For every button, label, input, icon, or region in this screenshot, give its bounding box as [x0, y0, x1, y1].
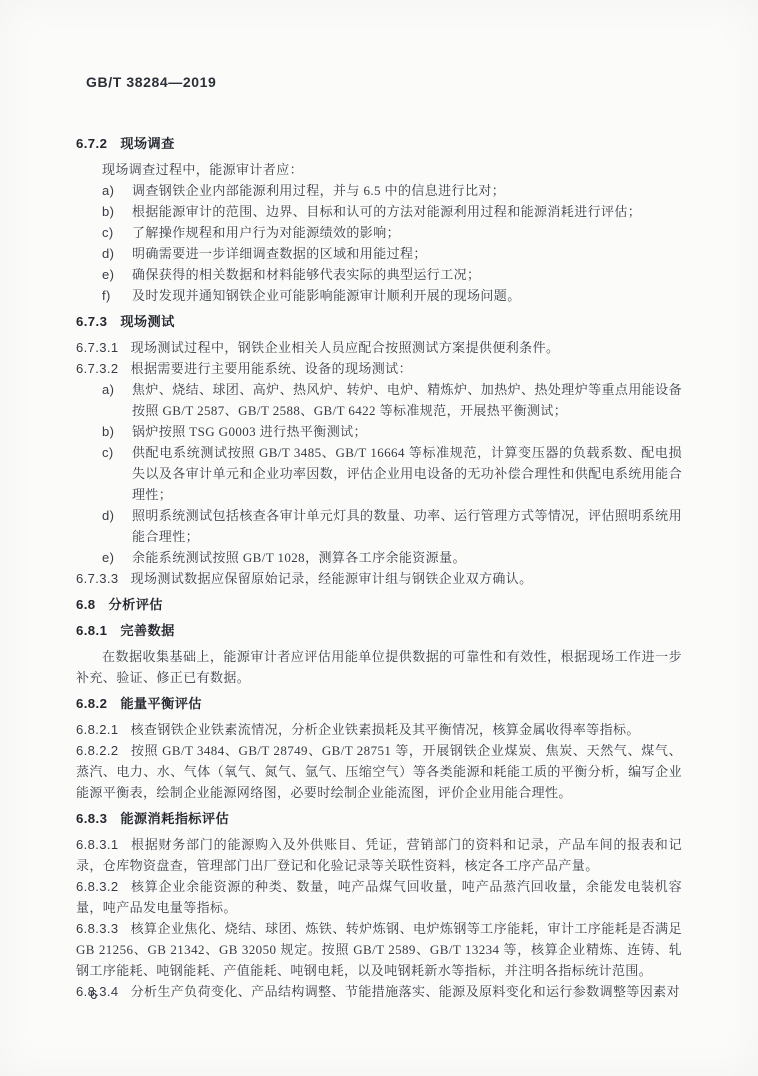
numbered-paragraph-6-8-3-1: 6.8.3.1根据财务部门的能源购入及外供账目、凭证，营销部门的资料和记录，产品… — [76, 834, 682, 876]
list-item: c) 供配电系统测试按照 GB/T 3485、GB/T 16664 等标准规范，… — [76, 442, 682, 505]
list-item: d) 照明系统测试包括核查各审计单元灯具的数量、功率、运行管理方式等情况，评估照… — [76, 505, 682, 547]
section-title: 现场调查 — [120, 136, 174, 151]
list-item-label: c) — [102, 442, 132, 505]
numbered-paragraph-6-8-2-2: 6.8.2.2按照 GB/T 3484、GB/T 28749、GB/T 2875… — [76, 740, 682, 803]
lettered-list: a) 调查钢铁企业内部能源利用过程，并与 6.5 中的信息进行比对； b) 根据… — [76, 180, 682, 306]
list-item-label: b) — [102, 201, 132, 222]
section-number: 6.8 — [76, 597, 109, 612]
list-item-text: 明确需要进一步详细调查数据的区域和用能过程； — [132, 243, 682, 264]
list-item: b) 锅炉按照 TSG G0003 进行热平衡测试； — [76, 421, 682, 442]
clause-text: 根据需要进行主要用能系统、设备的现场测试： — [131, 361, 412, 376]
list-item-text: 及时发现并通知钢铁企业可能影响能源审计顺利开展的现场问题。 — [132, 285, 682, 306]
clause-text: 根据财务部门的能源购入及外供账目、凭证，营销部门的资料和记录，产品车间的报表和记… — [76, 837, 682, 873]
list-item: b) 根据能源审计的范围、边界、目标和认可的方法对能源利用过程和能源消耗进行评估… — [76, 201, 682, 222]
numbered-paragraph-6-8-3-4: 6.8.3.4分析生产负荷变化、产品结构调整、节能措施落实、能源及原料变化和运行… — [76, 981, 682, 1002]
numbered-paragraph-6-7-3-2: 6.7.3.2根据需要进行主要用能系统、设备的现场测试： — [76, 358, 682, 379]
document-page: GB/T 38284—2019 6.7.2现场调查 现场调查过程中，能源审计者应… — [0, 0, 758, 1076]
list-item: e) 确保获得的相关数据和材料能够代表实际的典型运行工况； — [76, 264, 682, 285]
clause-number: 6.7.3.1 — [76, 340, 131, 355]
paragraph: 现场调查过程中，能源审计者应： — [76, 159, 682, 180]
numbered-paragraph-6-7-3-1: 6.7.3.1现场测试过程中，钢铁企业相关人员应配合按照测试方案提供便利条件。 — [76, 337, 682, 358]
section-number: 6.8.3 — [76, 811, 120, 826]
section-heading-6-8-1: 6.8.1完善数据 — [76, 620, 682, 641]
clause-number: 6.8.3.3 — [76, 921, 131, 936]
section-title: 能源消耗指标评估 — [120, 811, 229, 826]
lettered-list: a) 焦炉、烧结、球团、高炉、热风炉、转炉、电炉、精炼炉、加热炉、热处理炉等重点… — [76, 379, 682, 568]
clause-number: 6.7.3.2 — [76, 361, 131, 376]
list-item-text: 余能系统测试按照 GB/T 1028，测算各工序余能资源量。 — [132, 547, 682, 568]
numbered-paragraph-6-8-2-1: 6.8.2.1核查钢铁企业铁素流情况，分析企业铁素损耗及其平衡情况，核算金属收得… — [76, 719, 682, 740]
list-item-label: a) — [102, 180, 132, 201]
list-item: f) 及时发现并通知钢铁企业可能影响能源审计顺利开展的现场问题。 — [76, 285, 682, 306]
list-item-label: d) — [102, 505, 132, 547]
clause-text: 现场测试过程中，钢铁企业相关人员应配合按照测试方案提供便利条件。 — [131, 340, 560, 355]
clause-number: 6.8.2.1 — [76, 722, 131, 737]
list-item-text: 了解操作规程和用户行为对能源绩效的影响； — [132, 222, 682, 243]
page-number: 6 — [90, 987, 97, 1002]
list-item: c) 了解操作规程和用户行为对能源绩效的影响； — [76, 222, 682, 243]
clause-number: 6.8.3.4 — [76, 984, 131, 999]
clause-text: 核算企业焦化、烧结、球团、炼铁、转炉炼钢、电炉炼钢等工序能耗，审计工序能耗是否满… — [76, 921, 682, 978]
section-number: 6.7.3 — [76, 314, 120, 329]
section-number: 6.8.1 — [76, 623, 120, 638]
clause-text: 核查钢铁企业铁素流情况，分析企业铁素损耗及其平衡情况，核算金属收得率等指标。 — [131, 722, 640, 737]
numbered-paragraph-6-8-3-2: 6.8.3.2核算企业余能资源的种类、数量，吨产品煤气回收量，吨产品蒸汽回收量，… — [76, 876, 682, 918]
list-item-label: e) — [102, 547, 132, 568]
document-content: 6.7.2现场调查 现场调查过程中，能源审计者应： a) 调查钢铁企业内部能源利… — [76, 128, 682, 1002]
list-item-text: 焦炉、烧结、球团、高炉、热风炉、转炉、电炉、精炼炉、加热炉、热处理炉等重点用能设… — [132, 379, 682, 421]
section-title: 分析评估 — [109, 597, 163, 612]
list-item: a) 调查钢铁企业内部能源利用过程，并与 6.5 中的信息进行比对； — [76, 180, 682, 201]
clause-number: 6.8.3.2 — [76, 879, 131, 894]
list-item-label: e) — [102, 264, 132, 285]
standard-number: GB/T 38284—2019 — [86, 74, 216, 90]
section-heading-6-8-3: 6.8.3能源消耗指标评估 — [76, 808, 682, 829]
clause-text: 按照 GB/T 3484、GB/T 28749、GB/T 28751 等，开展钢… — [76, 743, 682, 800]
section-title: 现场测试 — [120, 314, 174, 329]
numbered-paragraph-6-8-3-3: 6.8.3.3核算企业焦化、烧结、球团、炼铁、转炉炼钢、电炉炼钢等工序能耗，审计… — [76, 918, 682, 981]
clause-number: 6.7.3.3 — [76, 571, 131, 586]
section-heading-6-8-2: 6.8.2能量平衡评估 — [76, 693, 682, 714]
paragraph: 在数据收集基础上，能源审计者应评估用能单位提供数据的可靠性和有效性，根据现场工作… — [76, 646, 682, 688]
section-number: 6.8.2 — [76, 696, 120, 711]
list-item-label: b) — [102, 421, 132, 442]
clause-text: 现场测试数据应保留原始记录，经能源审计组与钢铁企业双方确认。 — [131, 571, 533, 586]
list-item-text: 锅炉按照 TSG G0003 进行热平衡测试； — [132, 421, 682, 442]
section-title: 能量平衡评估 — [120, 696, 202, 711]
numbered-paragraph-6-7-3-3: 6.7.3.3现场测试数据应保留原始记录，经能源审计组与钢铁企业双方确认。 — [76, 568, 682, 589]
list-item-text: 调查钢铁企业内部能源利用过程，并与 6.5 中的信息进行比对； — [132, 180, 682, 201]
list-item: a) 焦炉、烧结、球团、高炉、热风炉、转炉、电炉、精炼炉、加热炉、热处理炉等重点… — [76, 379, 682, 421]
section-number: 6.7.2 — [76, 136, 120, 151]
page-header: GB/T 38284—2019 — [86, 74, 216, 90]
list-item-text: 供配电系统测试按照 GB/T 3485、GB/T 16664 等标准规范，计算变… — [132, 442, 682, 505]
clause-text: 分析生产负荷变化、产品结构调整、节能措施落实、能源及原料变化和运行参数调整等因素… — [131, 984, 680, 999]
clause-text: 核算企业余能资源的种类、数量，吨产品煤气回收量，吨产品蒸汽回收量，余能发电装机容… — [76, 879, 682, 915]
list-item: d) 明确需要进一步详细调查数据的区域和用能过程； — [76, 243, 682, 264]
section-title: 完善数据 — [120, 623, 174, 638]
clause-number: 6.8.3.1 — [76, 837, 131, 852]
list-item-label: c) — [102, 222, 132, 243]
list-item-label: a) — [102, 379, 132, 421]
list-item: e) 余能系统测试按照 GB/T 1028，测算各工序余能资源量。 — [76, 547, 682, 568]
section-heading-6-8: 6.8分析评估 — [76, 594, 682, 615]
list-item-text: 确保获得的相关数据和材料能够代表实际的典型运行工况； — [132, 264, 682, 285]
list-item-label: d) — [102, 243, 132, 264]
section-heading-6-7-3: 6.7.3现场测试 — [76, 311, 682, 332]
list-item-text: 根据能源审计的范围、边界、目标和认可的方法对能源利用过程和能源消耗进行评估； — [132, 201, 682, 222]
list-item-text: 照明系统测试包括核查各审计单元灯具的数量、功率、运行管理方式等情况，评估照明系统… — [132, 505, 682, 547]
clause-number: 6.8.2.2 — [76, 743, 131, 758]
section-heading-6-7-2: 6.7.2现场调查 — [76, 133, 682, 154]
list-item-label: f) — [102, 285, 132, 306]
